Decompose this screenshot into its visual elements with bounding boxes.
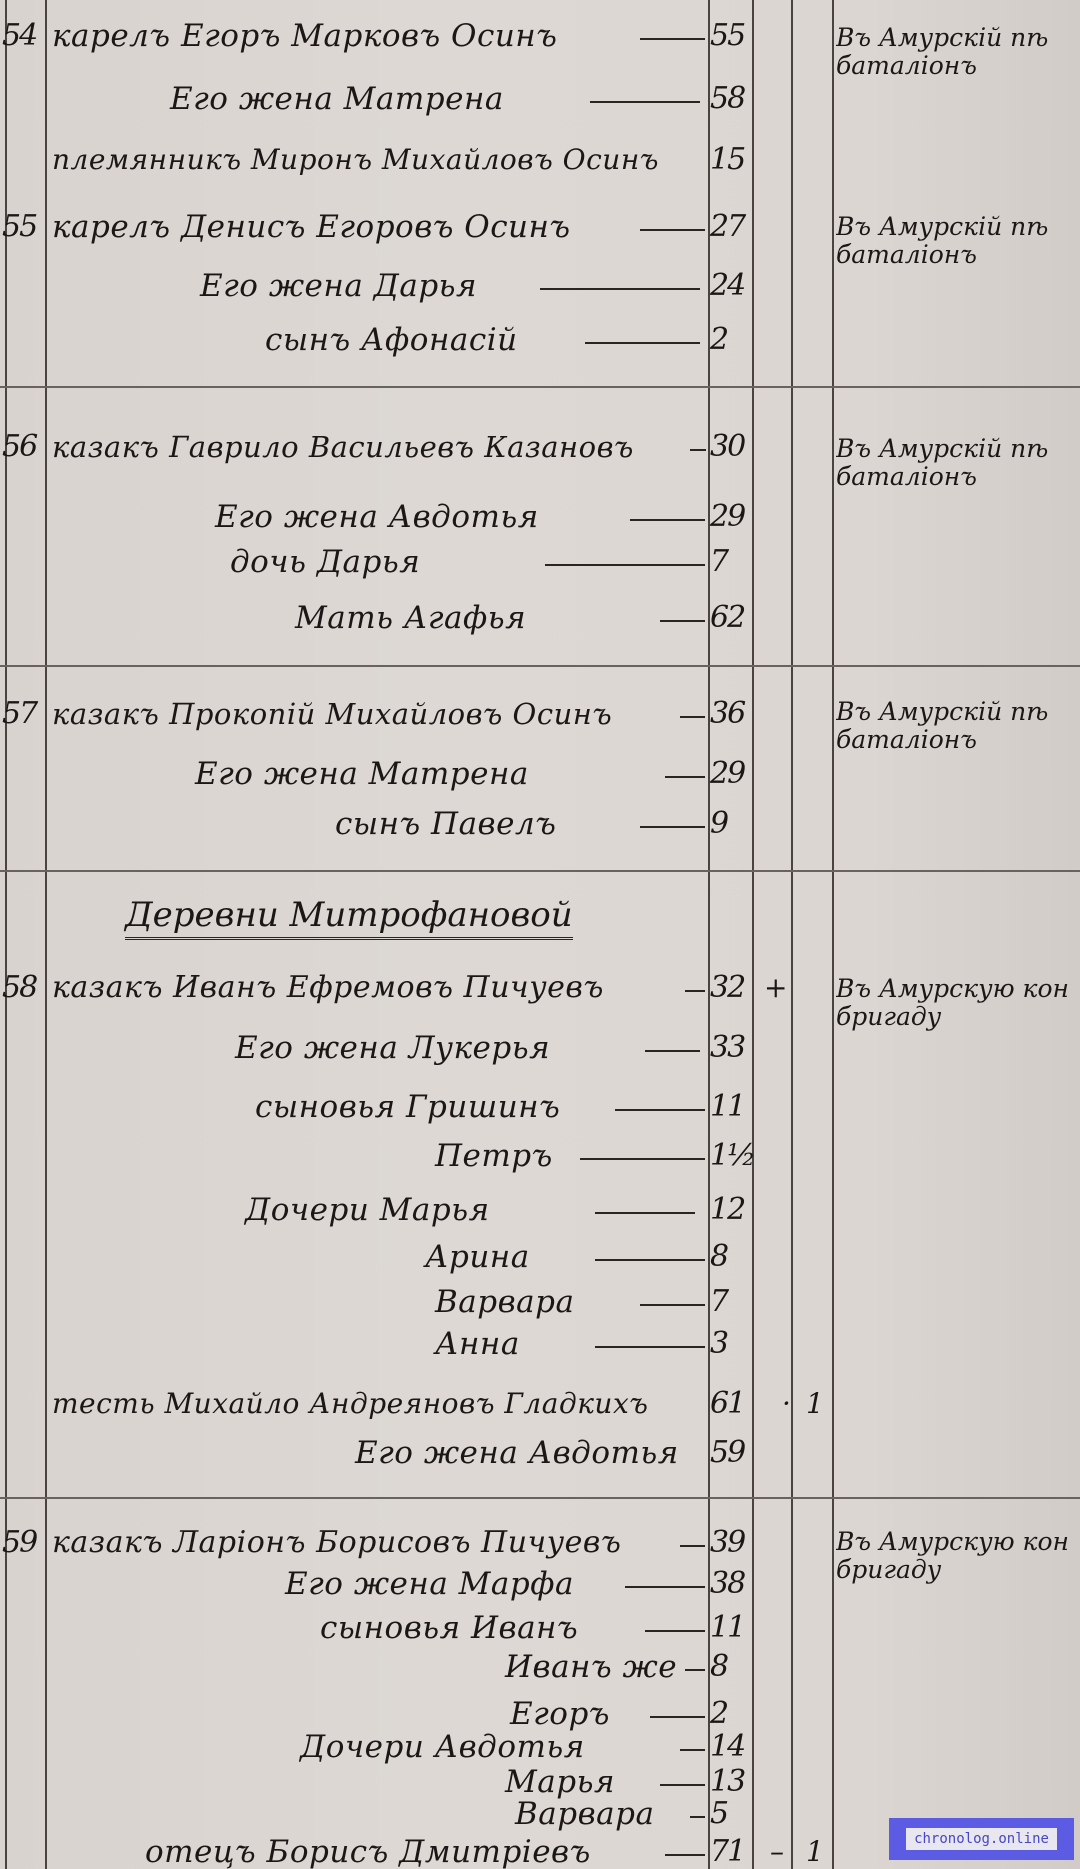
dash-line: [645, 1050, 700, 1052]
person-name: племянникъ Миронъ Михайловъ Осинъ: [52, 138, 659, 182]
remark-line: Въ Амурскій пѣ: [836, 698, 1080, 726]
person-name: Варвара: [435, 1280, 574, 1324]
watermark-text: chronolog.online: [906, 1828, 1057, 1850]
dash-line: [645, 1630, 705, 1632]
person-name: Его жена Авдотья: [215, 495, 539, 539]
dash-line: [680, 1545, 705, 1547]
entry-separator: [0, 665, 1080, 667]
entry-number: 55: [2, 205, 46, 249]
remark: Въ Амурскій пѣ баталіонъ: [836, 435, 1080, 491]
remark-line: баталіонъ: [836, 726, 1080, 754]
age: 12: [710, 1188, 750, 1232]
dash-line: [685, 1669, 705, 1671]
dash-line: [660, 1784, 705, 1786]
remark-line: Въ Амурскій пѣ: [836, 435, 1080, 463]
age: 29: [710, 752, 750, 796]
person-name: Мать Агафья: [295, 596, 526, 640]
remark: Въ Амурскую кон бригаду: [836, 975, 1080, 1031]
dash-line: [640, 1304, 705, 1306]
person-name: казакъ Ларіонъ Борисовъ Пичуевъ: [52, 1521, 621, 1565]
person-name: Дочери Марья: [245, 1188, 490, 1232]
person-name: Иванъ же: [505, 1645, 677, 1689]
person-name: Его жена Авдотья: [355, 1431, 679, 1475]
dash-line: [630, 519, 705, 521]
dash-line: [690, 1816, 705, 1818]
dash-line: [680, 1749, 705, 1751]
dash-line: [685, 990, 705, 992]
age: 36: [710, 692, 750, 736]
age: 55: [710, 14, 750, 58]
entry-57-row: Его жена Матрена 29: [0, 752, 1080, 796]
entry-number: 58: [2, 966, 46, 1010]
entry-59-row: Его жена Марфа 38: [0, 1562, 1080, 1606]
watermark: chronolog.online: [889, 1818, 1074, 1860]
age: 33: [710, 1026, 750, 1070]
entry-number: 57: [2, 692, 46, 736]
entry-58-row: тесть Михайло Андреяновъ Гладкихъ 61 · 1: [0, 1382, 1080, 1426]
age: 7: [710, 1280, 750, 1324]
entry-59-row: Иванъ же 8: [0, 1645, 1080, 1689]
entry-58-row: Петръ 1½: [0, 1134, 1080, 1178]
age: 7: [710, 540, 750, 584]
person-name: тесть Михайло Андреяновъ Гладкихъ: [52, 1382, 648, 1426]
entry-separator: [0, 1497, 1080, 1499]
dash-line: [640, 826, 705, 828]
age: 58: [710, 77, 750, 121]
remark-line: Въ Амурскую кон: [836, 975, 1080, 1003]
dash-line: [640, 38, 705, 40]
entry-56-row: Мать Агафья 62: [0, 596, 1080, 640]
person-name: казакъ Иванъ Ефремовъ Пичуевъ: [52, 966, 604, 1010]
age: 3: [710, 1322, 750, 1366]
section-heading: Деревни Митрофановой: [125, 895, 573, 940]
person-name: отецъ Борисъ Дмитріевъ: [145, 1830, 591, 1869]
entry-58-row: Дочери Марья 12: [0, 1188, 1080, 1232]
person-name: Анна: [435, 1322, 520, 1366]
entry-55-row: Его жена Дарья 24: [0, 264, 1080, 308]
person-name: карелъ Егоръ Марковъ Осинъ: [52, 14, 557, 58]
dash-line: [585, 342, 700, 344]
person-name: казакъ Гаврило Васильевъ Казановъ: [52, 425, 634, 469]
person-name: казакъ Прокопій Михайловъ Осинъ: [52, 692, 612, 736]
age: 27: [710, 205, 750, 249]
age: 15: [710, 138, 750, 182]
person-name: Его жена Лукерья: [235, 1026, 550, 1070]
age: 62: [710, 596, 750, 640]
person-name: сыновья Иванъ: [320, 1606, 578, 1650]
age: 8: [710, 1235, 750, 1279]
entry-58-row: Арина 8: [0, 1235, 1080, 1279]
remark: Въ Амурскій пѣ баталіонъ: [836, 24, 1080, 80]
dash-line: [595, 1346, 705, 1348]
person-name: сыновья Гришинъ: [255, 1085, 560, 1129]
age: 24: [710, 264, 750, 308]
remark-line: Въ Амурскій пѣ: [836, 24, 1080, 52]
remark-line: баталіонъ: [836, 463, 1080, 491]
person-name: Его жена Матрена: [170, 77, 504, 121]
person-name: сынъ Афонасій: [265, 318, 518, 362]
remark-line: баталіонъ: [836, 52, 1080, 80]
person-name: сынъ Павелъ: [335, 802, 556, 846]
status-mark: ·: [782, 1382, 791, 1426]
dash-line: [680, 716, 705, 718]
person-name: Его жена Матрена: [195, 752, 529, 796]
entry-56-row: Его жена Авдотья 29: [0, 495, 1080, 539]
person-name: Арина: [425, 1235, 530, 1279]
dash-line: [595, 1259, 705, 1261]
dash-line: [625, 1586, 705, 1588]
age: 61: [710, 1382, 750, 1426]
entry-55-row: сынъ Афонасій 2: [0, 318, 1080, 362]
entry-58-row: Анна 3: [0, 1322, 1080, 1366]
entry-58-row: Его жена Лукерья 33: [0, 1026, 1080, 1070]
age: 32: [710, 966, 750, 1010]
dash-line: [650, 1716, 705, 1718]
dash-line: [540, 288, 700, 290]
age: 30: [710, 425, 750, 469]
remark: Въ Амурскій пѣ баталіонъ: [836, 698, 1080, 754]
entry-number: 59: [2, 1521, 46, 1565]
age: 39: [710, 1521, 750, 1565]
dash-line: [660, 620, 705, 622]
age: 1½: [710, 1134, 750, 1178]
entry-57-row: сынъ Павелъ 9: [0, 802, 1080, 846]
remark-line: Въ Амурскій пѣ: [836, 213, 1080, 241]
entry-separator: [0, 386, 1080, 388]
census-page: 54 карелъ Егоръ Марковъ Осинъ 55 Въ Амур…: [0, 0, 1080, 1869]
entry-58-row: Варвара 7: [0, 1280, 1080, 1324]
status-mark: –: [770, 1830, 784, 1869]
age: 29: [710, 495, 750, 539]
age: 38: [710, 1562, 750, 1606]
age: 8: [710, 1645, 750, 1689]
age: 11: [710, 1085, 750, 1129]
age: 9: [710, 802, 750, 846]
dash-line: [590, 101, 700, 103]
entry-separator: [0, 870, 1080, 872]
dash-line: [595, 1212, 695, 1214]
person-name: карелъ Денисъ Егоровъ Осинъ: [52, 205, 571, 249]
person-name: Петръ: [435, 1134, 553, 1178]
entry-56-row: дочь Дарья 7: [0, 540, 1080, 584]
dash-line: [545, 564, 705, 566]
entry-number: 56: [2, 425, 46, 469]
dash-line: [615, 1109, 705, 1111]
count-mark: 1: [806, 1382, 824, 1426]
dash-line: [690, 449, 706, 451]
age: 2: [710, 318, 750, 362]
age: 71: [710, 1830, 750, 1869]
person-name: Его жена Дарья: [200, 264, 477, 308]
person-name: дочь Дарья: [230, 540, 420, 584]
count-mark: 1: [806, 1830, 824, 1869]
status-mark: +: [764, 966, 787, 1010]
remark-line: Въ Амурскую кон: [836, 1528, 1080, 1556]
remark: Въ Амурскій пѣ баталіонъ: [836, 213, 1080, 269]
dash-line: [665, 1854, 705, 1856]
dash-line: [665, 776, 705, 778]
entry-number: 54: [2, 14, 46, 58]
entry-59-row: сыновья Иванъ 11: [0, 1606, 1080, 1650]
entry-58-row: Его жена Авдотья 59: [0, 1431, 1080, 1475]
age: 11: [710, 1606, 750, 1650]
dash-line: [640, 229, 705, 231]
entry-58-row: сыновья Гришинъ 11: [0, 1085, 1080, 1129]
person-name: Его жена Марфа: [285, 1562, 574, 1606]
dash-line: [580, 1158, 705, 1160]
entry-54-row: племянникъ Миронъ Михайловъ Осинъ 15: [0, 138, 1080, 182]
age: 59: [710, 1431, 750, 1475]
entry-54-row: Его жена Матрена 58: [0, 77, 1080, 121]
